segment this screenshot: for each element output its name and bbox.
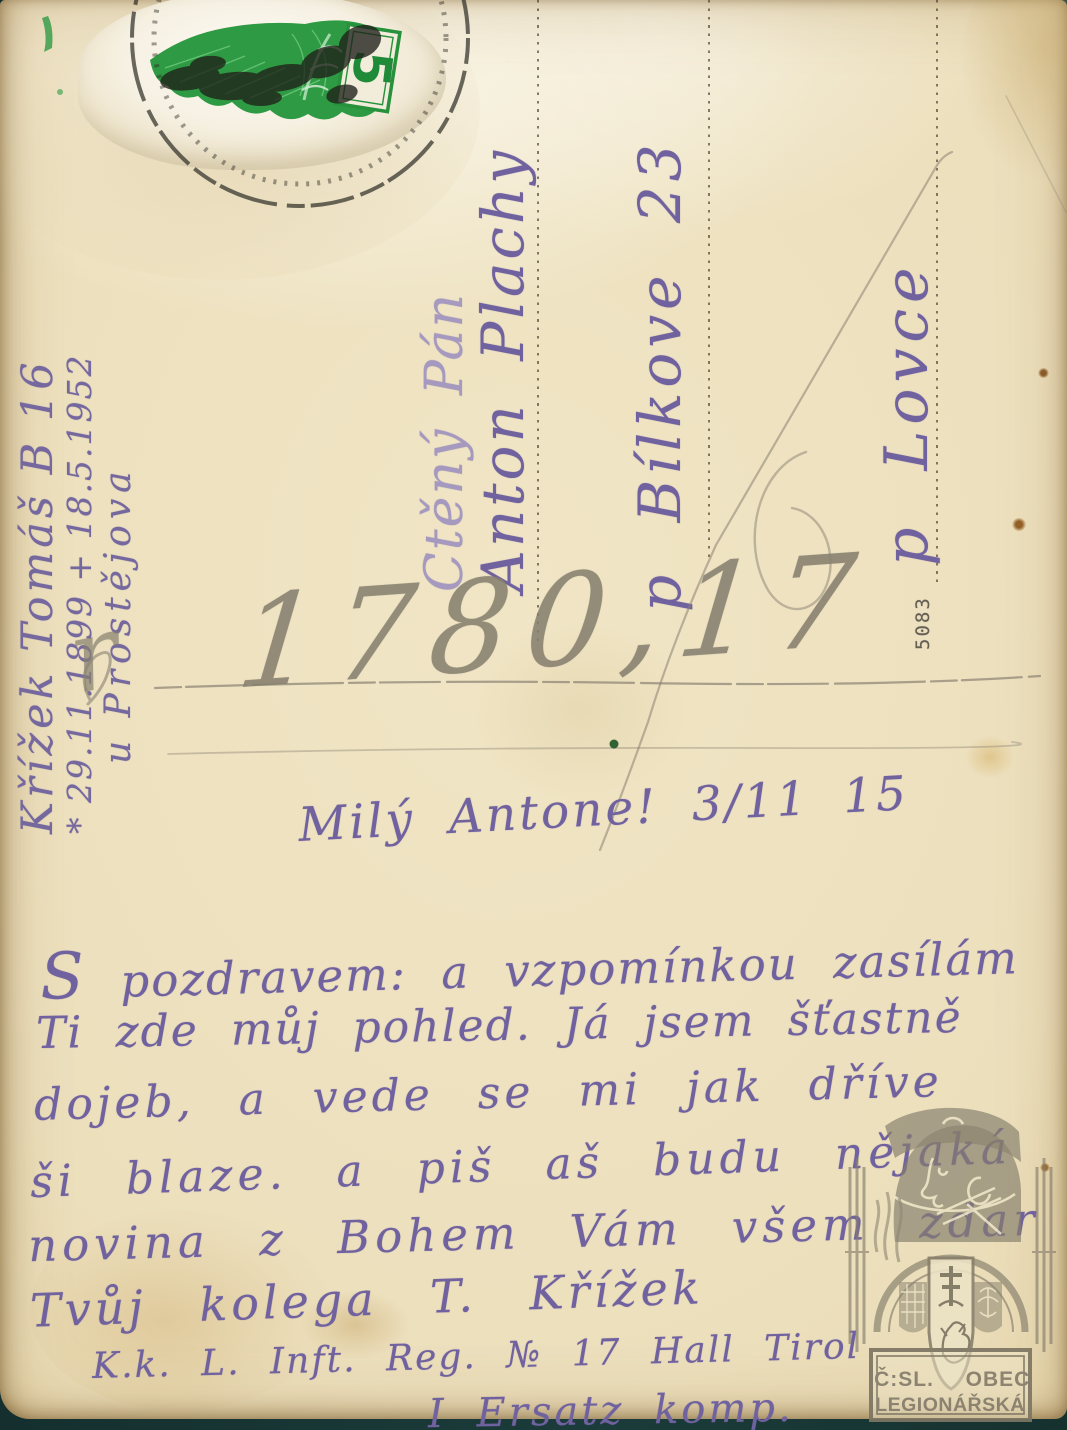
green-fleck: [42, 16, 53, 52]
address-block-street: p Bílkove 23: [626, 82, 694, 612]
memorial-line-2: * 29.11.1899 + 18.5.1952: [62, 130, 99, 834]
soldier-head: [875, 1108, 1021, 1262]
address-town: p Lovce: [872, 166, 942, 566]
legion-watermark: Č:SL. OBEC LEGIONÁŘSKÁ: [843, 1092, 1058, 1427]
address-block-town: p Lovce: [872, 166, 942, 566]
watermark-text-left: Č:SL.: [874, 1367, 934, 1391]
green-fleck-2: [57, 89, 63, 95]
address-name: Anton Plachy: [473, 62, 534, 592]
message-line-8: I Ersatz komp.: [428, 1385, 794, 1430]
address-salutation: Ctěný Pán: [418, 62, 473, 592]
address-street: p Bílkove 23: [626, 82, 694, 612]
address-rule-2: [708, 0, 710, 560]
memorial-line-1: Křížek Tomáš B 16: [14, 130, 62, 834]
print-number: 5083: [912, 580, 934, 650]
postcard-scan: { "document": { "kind": "handwritten pos…: [0, 0, 1067, 1430]
watermark-text-right: OBEC: [966, 1368, 1031, 1391]
address-rule-1: [537, 0, 539, 642]
watermark-text-bottom: LEGIONÁŘSKÁ: [875, 1392, 1025, 1416]
watermark-label-box: Č:SL. OBEC LEGIONÁŘSKÁ: [871, 1350, 1030, 1420]
memorial-note: Křížek Tomáš B 16 * 29.11.1899 + 18.5.19…: [14, 130, 139, 834]
address-block-name: Ctěný Pán Anton Plachy: [418, 62, 533, 592]
